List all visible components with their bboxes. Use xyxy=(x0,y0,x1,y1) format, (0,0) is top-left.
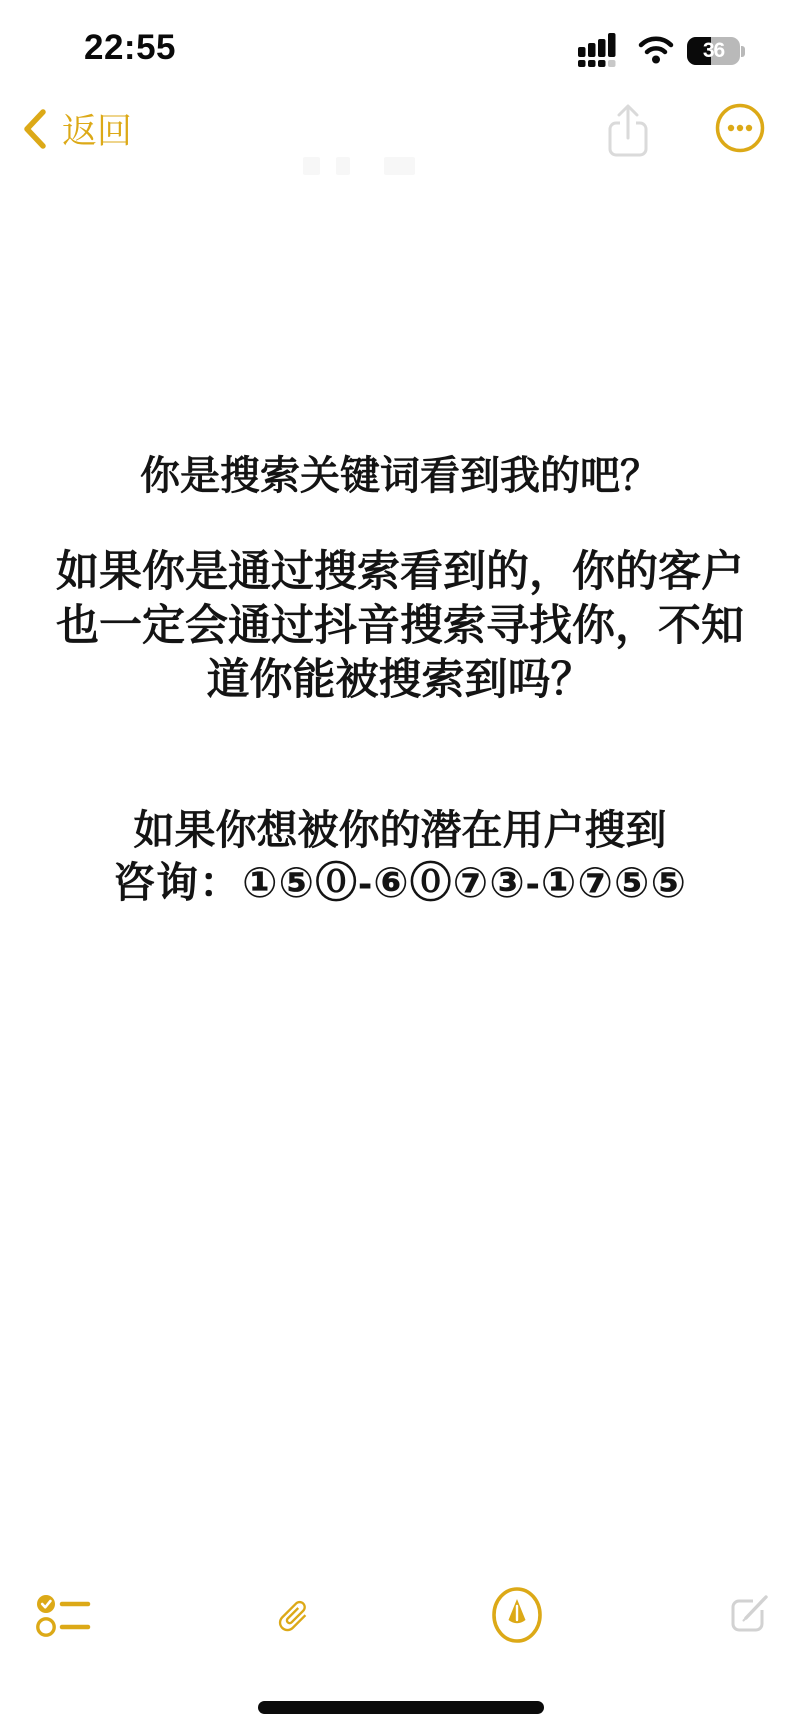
back-button-label: 返回 xyxy=(62,104,132,154)
note-title-line: 你是搜索关键词看到我的吧？ xyxy=(0,444,800,501)
back-chevron-icon xyxy=(20,107,48,151)
markup-button[interactable] xyxy=(490,1586,544,1649)
cellular-signal-icon xyxy=(577,32,625,68)
note-contact-line: 咨询：①⑤⓪-⑥⓪⑦③-①⑦⑤⑤ xyxy=(0,850,800,910)
compose-button[interactable] xyxy=(726,1592,772,1643)
more-ellipsis-icon xyxy=(714,102,766,154)
compose-icon xyxy=(726,1592,772,1638)
battery-icon: 36 xyxy=(687,37,745,65)
attachment-button[interactable] xyxy=(268,1591,318,1646)
markup-icon xyxy=(490,1586,544,1644)
more-options-button[interactable] xyxy=(714,102,766,159)
checklist-icon xyxy=(36,1593,92,1639)
note-paragraph-line: 道你能被搜索到吗？ xyxy=(0,646,800,707)
checklist-button[interactable] xyxy=(36,1593,92,1644)
faded-text-artifact xyxy=(336,157,350,175)
share-icon xyxy=(604,102,652,160)
home-indicator[interactable] xyxy=(258,1701,544,1714)
clock-time: 22:55 xyxy=(84,28,176,68)
note-paragraph-line: 也一定会通过抖音搜索寻找你，不知 xyxy=(0,592,800,653)
faded-text-artifact xyxy=(303,157,320,175)
battery-percent: 36 xyxy=(687,37,740,65)
note-cta-line: 如果你想被你的潜在用户搜到 xyxy=(0,797,800,856)
back-button[interactable]: 返回 xyxy=(20,104,132,154)
share-button[interactable] xyxy=(604,102,652,165)
faded-text-artifact xyxy=(384,157,415,175)
status-bar-right: 36 xyxy=(577,32,745,68)
note-paragraph-line: 如果你是通过搜索看到的，你的客户 xyxy=(0,538,800,599)
wifi-icon xyxy=(638,35,674,64)
battery-nub xyxy=(741,46,745,57)
attachment-icon xyxy=(268,1591,318,1641)
